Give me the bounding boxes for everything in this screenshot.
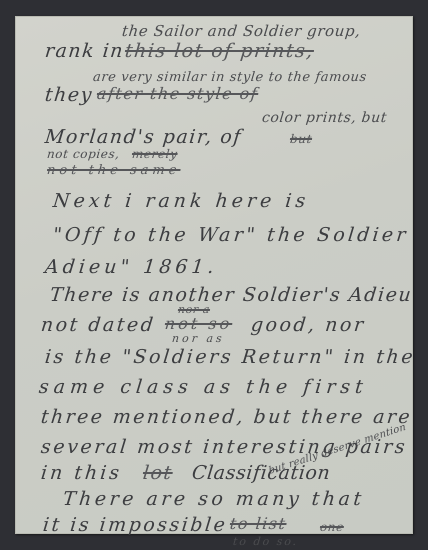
manuscript-line: rank in [44, 40, 125, 62]
insertion-text: the Sailor and Soldier group, [121, 22, 362, 40]
manuscript-line: There are so many that [62, 488, 366, 510]
manuscript-line: good, nor [250, 314, 367, 336]
manuscript-line: Next i rank here is [52, 190, 311, 212]
insertion-text: to do so. [232, 535, 299, 548]
struck-text: to list [229, 514, 288, 533]
manuscript-line: they [44, 84, 94, 106]
manuscript-line: in this [40, 462, 123, 484]
manuscript-page: the Sailor and Soldier group, rank in th… [15, 16, 413, 534]
struck-text: after the style of [96, 84, 259, 103]
insertion-text: are very similar in style to the famous [92, 70, 367, 85]
manuscript-line: is the "Soldiers Return" in the [44, 346, 417, 368]
insertion-text: color prints, but [261, 110, 388, 126]
manuscript-line: same class as the first [38, 376, 369, 398]
manuscript-line: three mentioned, but there are [40, 406, 413, 428]
struck-text: this lot of prints, [124, 40, 315, 62]
manuscript-line: Classification [191, 462, 332, 484]
manuscript-line: Adieu" 1861. [44, 256, 219, 278]
manuscript-line: There is another Soldier's Adieu [49, 284, 414, 306]
insertion-text: nor as [171, 332, 225, 345]
struck-text: one [319, 520, 344, 534]
struck-text: lot [142, 462, 174, 484]
manuscript-line: Morland's pair, of [44, 126, 243, 148]
manuscript-line: "Off to the War" the Soldier [52, 224, 410, 246]
manuscript-line: it is impossible [42, 514, 229, 536]
struck-text: merely [131, 147, 178, 161]
manuscript-line: not dated [40, 314, 157, 336]
struck-text: not so [164, 314, 233, 333]
struck-text: but [289, 132, 313, 146]
struck-text: not the same [46, 163, 181, 178]
manuscript-line: not copies, [46, 147, 120, 161]
